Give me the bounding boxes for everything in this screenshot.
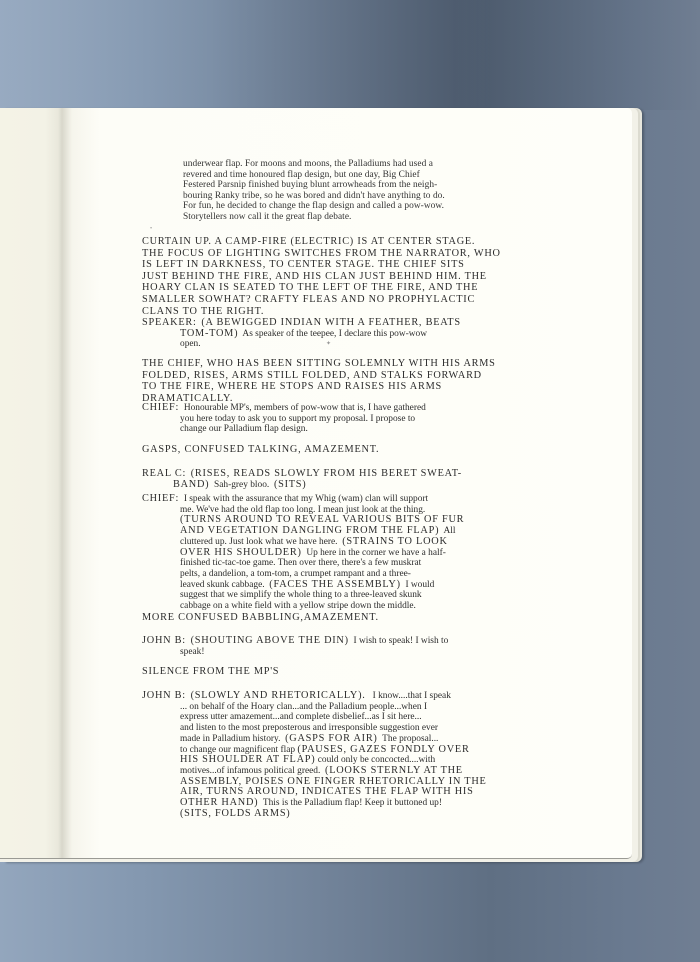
stage-line: HOARY CLAN IS SEATED TO THE LEFT OF THE … xyxy=(142,282,542,294)
character-label: JOHN B: xyxy=(142,635,186,646)
dialogue-line: cabbage on a white field with a yellow s… xyxy=(142,601,542,612)
narration-line: revered and time honoured flap design, b… xyxy=(183,170,543,181)
stage-line: TO THE FIRE, WHERE HE STOPS AND RAISES H… xyxy=(142,381,542,393)
stage-direction-curtain: CURTAIN UP. A CAMP-FIRE (ELECTRIC) IS AT… xyxy=(142,236,542,317)
stage-line: CLANS TO THE RIGHT. xyxy=(142,306,542,318)
stage-line: OVER HIS SHOULDER) xyxy=(180,547,302,558)
narration-line: bouring Ranky tribe, so he was bored and… xyxy=(183,191,543,202)
dialogue-line: I speak with the assurance that my Whig … xyxy=(184,494,428,504)
dialogue-line: As speaker of the teepee, I declare this… xyxy=(242,329,427,339)
stage-line: SILENCE FROM THE MP'S xyxy=(142,666,542,678)
narration-line: Storytellers now call it the great flap … xyxy=(183,212,543,223)
dialogue-line: could only be concocted....with xyxy=(318,755,435,765)
dialogue-speaker: SPEAKER: (A BEWIGGED INDIAN WITH A FEATH… xyxy=(142,318,542,350)
dialogue-real-c: REAL C: (RISES, READS SLOWLY FROM HIS BE… xyxy=(142,469,542,490)
stage-line: (STRAINS TO LOOK xyxy=(342,536,447,547)
dialogue-line: This is the Palladium flap! Keep it butt… xyxy=(263,798,442,808)
dialogue-line: leaved skunk cabbage. xyxy=(180,580,265,590)
stage-line: (SITS, FOLDS ARMS) xyxy=(142,809,542,820)
stage-direction-silence: SILENCE FROM THE MP'S xyxy=(142,666,542,678)
dialogue-line: Honourable MP's, members of pow-wow that… xyxy=(184,403,426,413)
dialogue-line: change our Palladium flap design. xyxy=(142,424,542,435)
dialogue-line: ... on behalf of the Hoary clan...and th… xyxy=(142,702,542,713)
dialogue-line: Up here in the corner we have a half- xyxy=(306,548,446,558)
stage-line: (SLOWLY AND RHETORICALLY). xyxy=(191,690,366,701)
dialogue-line: open. xyxy=(142,339,542,350)
dialogue-line: to change our magnificent flap xyxy=(180,745,295,755)
stage-line: SMALLER SOWHAT? CRAFTY FLEAS AND NO PROP… xyxy=(142,294,542,306)
stage-line: AND VEGETATION DANGLING FROM THE FLAP) xyxy=(180,525,439,536)
dialogue-john-b-2: JOHN B: (SLOWLY AND RHETORICALLY). I kno… xyxy=(142,691,542,819)
stray-mark: ✦ xyxy=(326,340,331,347)
narration-line: Festered Parsnip finished buying blunt a… xyxy=(183,180,543,191)
stage-line: BAND) xyxy=(173,479,209,490)
stage-direction-chief-rises: THE CHIEF, WHO HAS BEEN SITTING SOLEMNLY… xyxy=(142,358,542,404)
dialogue-line: motives...of infamous political greed. xyxy=(180,766,320,776)
stage-direction-gasps: GASPS, CONFUSED TALKING, AMAZEMENT. xyxy=(142,444,542,456)
dialogue-line: Sah-grey bloo. xyxy=(214,480,269,490)
dialogue-line: express utter amazement...and complete d… xyxy=(142,712,542,723)
dialogue-line: made in Palladium history. xyxy=(180,734,280,744)
stray-mark: • xyxy=(150,226,152,232)
dialogue-line: The proposal... xyxy=(382,734,438,744)
stage-line: FOLDED, RISES, ARMS STILL FOLDED, AND ST… xyxy=(142,370,542,382)
dialogue-chief-2: CHIEF: I speak with the assurance that m… xyxy=(142,494,542,612)
stage-line: (LOOKS STERNLY AT THE xyxy=(325,765,463,776)
dialogue-line: I wish to speak! I wish to xyxy=(354,636,449,646)
stage-line: JUST BEHIND THE FIRE, AND HIS CLAN JUST … xyxy=(142,271,542,283)
stage-line: (SITS) xyxy=(274,479,307,490)
stage-line: GASPS, CONFUSED TALKING, AMAZEMENT. xyxy=(142,444,542,456)
stage-line: OTHER HAND) xyxy=(180,797,258,808)
character-label: CHIEF: xyxy=(142,402,179,413)
stage-line: TOM-TOM) xyxy=(180,328,238,339)
character-label: JOHN B: xyxy=(142,690,186,701)
dialogue-line: speak! xyxy=(142,647,542,658)
dialogue-line: All xyxy=(443,526,455,536)
dialogue-line: I know....that I speak xyxy=(373,691,451,701)
stage-line: (A BEWIGGED INDIAN WITH A FEATHER, BEATS xyxy=(201,317,460,328)
stage-line: (PAUSES, GAZES FONDLY OVER xyxy=(297,744,469,755)
stage-line: HIS SHOULDER AT FLAP) xyxy=(180,754,315,765)
character-label: REAL C: xyxy=(142,468,186,479)
stage-line: (GASPS FOR AIR) xyxy=(285,733,378,744)
narration-line: underwear flap. For moons and moons, the… xyxy=(183,159,543,170)
stage-line: IS LEFT IN DARKNESS, TO CENTER STAGE. TH… xyxy=(142,259,542,271)
dialogue-chief-1: CHIEF: Honourable MP's, members of pow-w… xyxy=(142,403,542,435)
stage-line: (SHOUTING ABOVE THE DIN) xyxy=(191,635,349,646)
background-shade xyxy=(0,0,700,110)
character-label: CHIEF: xyxy=(142,493,179,504)
dialogue-line: suggest that we simplify the whole thing… xyxy=(142,590,542,601)
stage-line: CURTAIN UP. A CAMP-FIRE (ELECTRIC) IS AT… xyxy=(142,236,542,248)
dialogue-john-b-1: JOHN B: (SHOUTING ABOVE THE DIN) I wish … xyxy=(142,636,542,657)
stage-line: THE CHIEF, WHO HAS BEEN SITTING SOLEMNLY… xyxy=(142,358,542,370)
dialogue-line: cluttered up. Just look what we have her… xyxy=(180,537,338,547)
dialogue-line: finished tic-tac-toe game. Then over the… xyxy=(142,558,542,569)
dialogue-line: you here today to ask you to support my … xyxy=(142,414,542,425)
stage-direction-babbling: MORE CONFUSED BABBLING,AMAZEMENT. xyxy=(142,612,542,624)
character-label: SPEAKER: xyxy=(142,317,197,328)
narration-line: For fun, he decided to change the flap d… xyxy=(183,201,543,212)
stage-line: THE FOCUS OF LIGHTING SWITCHES FROM THE … xyxy=(142,248,542,260)
stage-line: (FACES THE ASSEMBLY) xyxy=(269,579,400,590)
narration-paragraph: underwear flap. For moons and moons, the… xyxy=(183,159,543,222)
stage-line: (RISES, READS SLOWLY FROM HIS BERET SWEA… xyxy=(191,468,462,479)
dialogue-line: I would xyxy=(405,580,434,590)
stage-line: MORE CONFUSED BABBLING,AMAZEMENT. xyxy=(142,612,542,624)
